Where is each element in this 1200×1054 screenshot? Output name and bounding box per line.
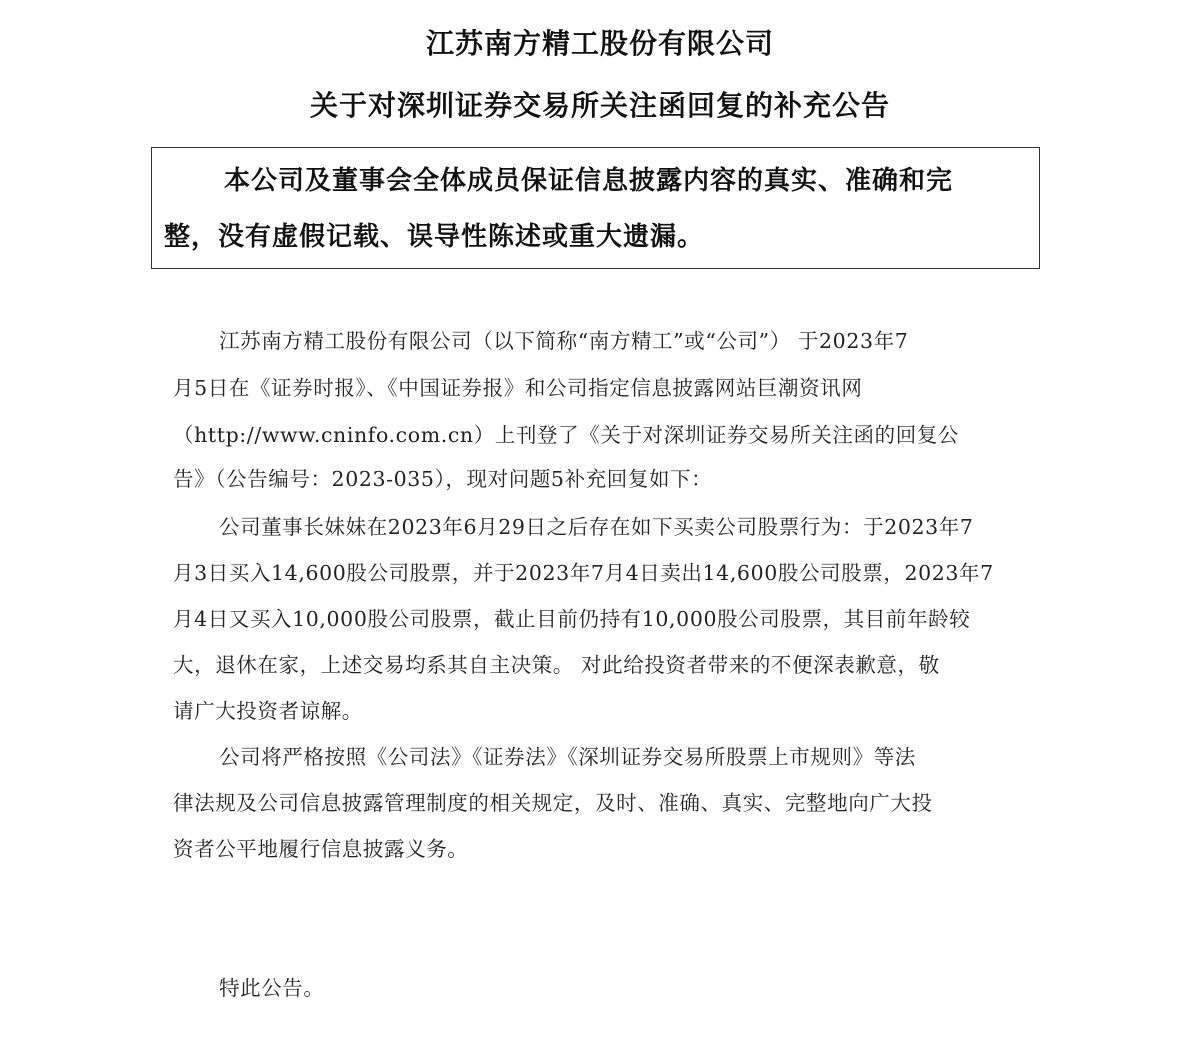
paragraph-line: 月4日又买入10,000股公司股票，截止目前仍持有10,000股公司股票，其目前… (173, 602, 970, 632)
paragraph-line: 月5日在《证券时报》、《中国证券报》和公司指定信息披露网站巨潮资讯网 (173, 371, 862, 401)
closing-statement: 特此公告。 (219, 971, 325, 1001)
paragraph-line: （http://www.cninfo.com.cn）上刊登了《关于对深圳证券交易… (173, 418, 959, 448)
disclaimer-line-2: 整，没有虚假记载、误导性陈述或重大遗漏。 (164, 216, 704, 253)
paragraph-line: 江苏南方精工股份有限公司（以下简称“南方精工”或“公司”） 于2023年7 (219, 324, 908, 354)
paragraph-line: 公司董事长妹妹在2023年6月29日之后存在如下买卖公司股票行为：于2023年7 (219, 510, 974, 540)
paragraph-line: 公司将严格按照《公司法》《证券法》《深圳证券交易所股票上市规则》等法 (219, 740, 916, 770)
paragraph-line: 请广大投资者谅解。 (173, 694, 363, 724)
paragraph-line: 月3日买入14,600股公司股票，并于2023年7月4日卖出14,600股公司股… (173, 556, 994, 586)
disclaimer-box: 本公司及董事会全体成员保证信息披露内容的真实、准确和完 整，没有虚假记载、误导性… (151, 147, 1040, 269)
paragraph-line: 大，退休在家，上述交易均系其自主决策。 对此给投资者带来的不便深表歉意，敬 (173, 648, 940, 678)
paragraph-line: 告》（公告编号：2023-035），现对问题5补充回复如下： (173, 462, 712, 492)
disclaimer-line-1: 本公司及董事会全体成员保证信息披露内容的真实、准确和完 (224, 160, 953, 197)
paragraph-line: 律法规及公司信息披露管理制度的相关规定，及时、准确、真实、完整地向广大投 (173, 786, 933, 816)
announcement-title: 关于对深圳证券交易所关注函回复的补充公告 (0, 84, 1200, 124)
company-name-title: 江苏南方精工股份有限公司 (0, 22, 1200, 62)
paragraph-line: 资者公平地履行信息披露义务。 (173, 832, 468, 862)
